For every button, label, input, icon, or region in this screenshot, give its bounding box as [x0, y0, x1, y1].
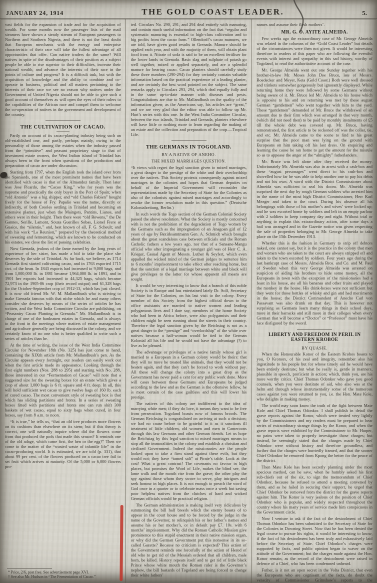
- article-paragraph: Whether this is the fashion in Germany t…: [257, 241, 373, 326]
- article-paragraph: Now Grenada, jealous of the fame earned …: [5, 246, 121, 341]
- section-divider: [297, 329, 332, 330]
- article-heading-kroboe: LIBERTY AND FREEDOM IN PERIL IN EASTERN …: [257, 333, 373, 343]
- column-right: names and assume their flesh mothers’. M…: [251, 19, 377, 583]
- heading-rule: [56, 131, 69, 132]
- section-divider: [171, 141, 206, 142]
- article-byline: BY A NATIVE OF ANEHO.: [131, 152, 247, 157]
- article-paragraph: Then Mate Kole has been secretly plannin…: [257, 465, 373, 515]
- article-continuation: vast fields for the expansion of trade a…: [5, 22, 121, 117]
- article-paragraph: The natives of this colony are indiffere…: [131, 401, 247, 501]
- article-paragraph: Now I venture to ask if the fact of the …: [257, 516, 373, 566]
- article-paragraph: “It views with regret the legal sanction…: [131, 165, 247, 210]
- article-paragraph: The advantage or privileges of a native …: [131, 350, 247, 400]
- section-divider: [45, 121, 80, 122]
- issue-date: JANUARY 24, 1914: [6, 10, 63, 18]
- pen-crease-mark: [260, 0, 340, 40]
- column-left: vast fields for the expansion of trade a…: [0, 19, 125, 583]
- column-layout: vast fields for the expansion of trade a…: [0, 19, 377, 583]
- newspaper-page: JANUARY 24, 1914 THE GOLD COAST LEADER. …: [0, 0, 377, 583]
- footnote-rule: [7, 569, 52, 570]
- article-heading-cacao: THE CULTIVATION OF CACAO.: [5, 125, 121, 131]
- article-paragraph: Mr. George Almeida went out one Sunday t…: [257, 68, 373, 158]
- printed-sheet: JANUARY 24, 1914 THE GOLD COAST LEADER. …: [0, 0, 377, 583]
- article-paragraph: “It is true,” he tells us, “that an old …: [5, 419, 121, 469]
- article-paragraph: Futher, is it not an open secret in the …: [257, 568, 373, 583]
- article-paragraph: When the Honourable Konor of the Eastern…: [257, 352, 373, 402]
- article-paragraph: In such words the Togo section of the Ge…: [131, 212, 247, 282]
- page-number: 5.: [362, 9, 370, 17]
- heading-rule: [308, 343, 321, 344]
- article-paragraph: Mr. Bruce was left alone after they rece…: [257, 159, 373, 239]
- article-paragraph: Partly on account of its cacao-planting …: [5, 133, 121, 168]
- footnote: † See also Mr. Hudson in “The Fermentati…: [5, 575, 121, 580]
- article-paragraph: It would be very interesting to know tha…: [131, 283, 247, 348]
- footnote-block: * Price, 2/6, post free. See advertiseme…: [5, 568, 121, 580]
- article-paragraph: Starting from 1797, when the English too…: [5, 170, 121, 245]
- article-continuation: ted. Circulars No. 290, 291, and 294 dea…: [131, 22, 247, 137]
- article-byline: BY QUASIE.: [257, 346, 373, 351]
- article-paragraph: Few weeks ago the extraordinary case of …: [257, 36, 373, 66]
- article-paragraph: At the time of writing, the issue of the…: [5, 343, 121, 418]
- article-paragraph: The world may soon know the truth of the…: [257, 403, 373, 463]
- article-paragraph-red-marked: The German administration is making itse…: [131, 503, 247, 578]
- column-middle: ted. Circulars No. 290, 291, and 294 dea…: [125, 19, 251, 583]
- article-heading-togoland: THE GERMANS IN TOGOLAND.: [131, 145, 247, 151]
- article-subheading: THE MIXED MARRIAGES QUESTION.: [131, 159, 247, 164]
